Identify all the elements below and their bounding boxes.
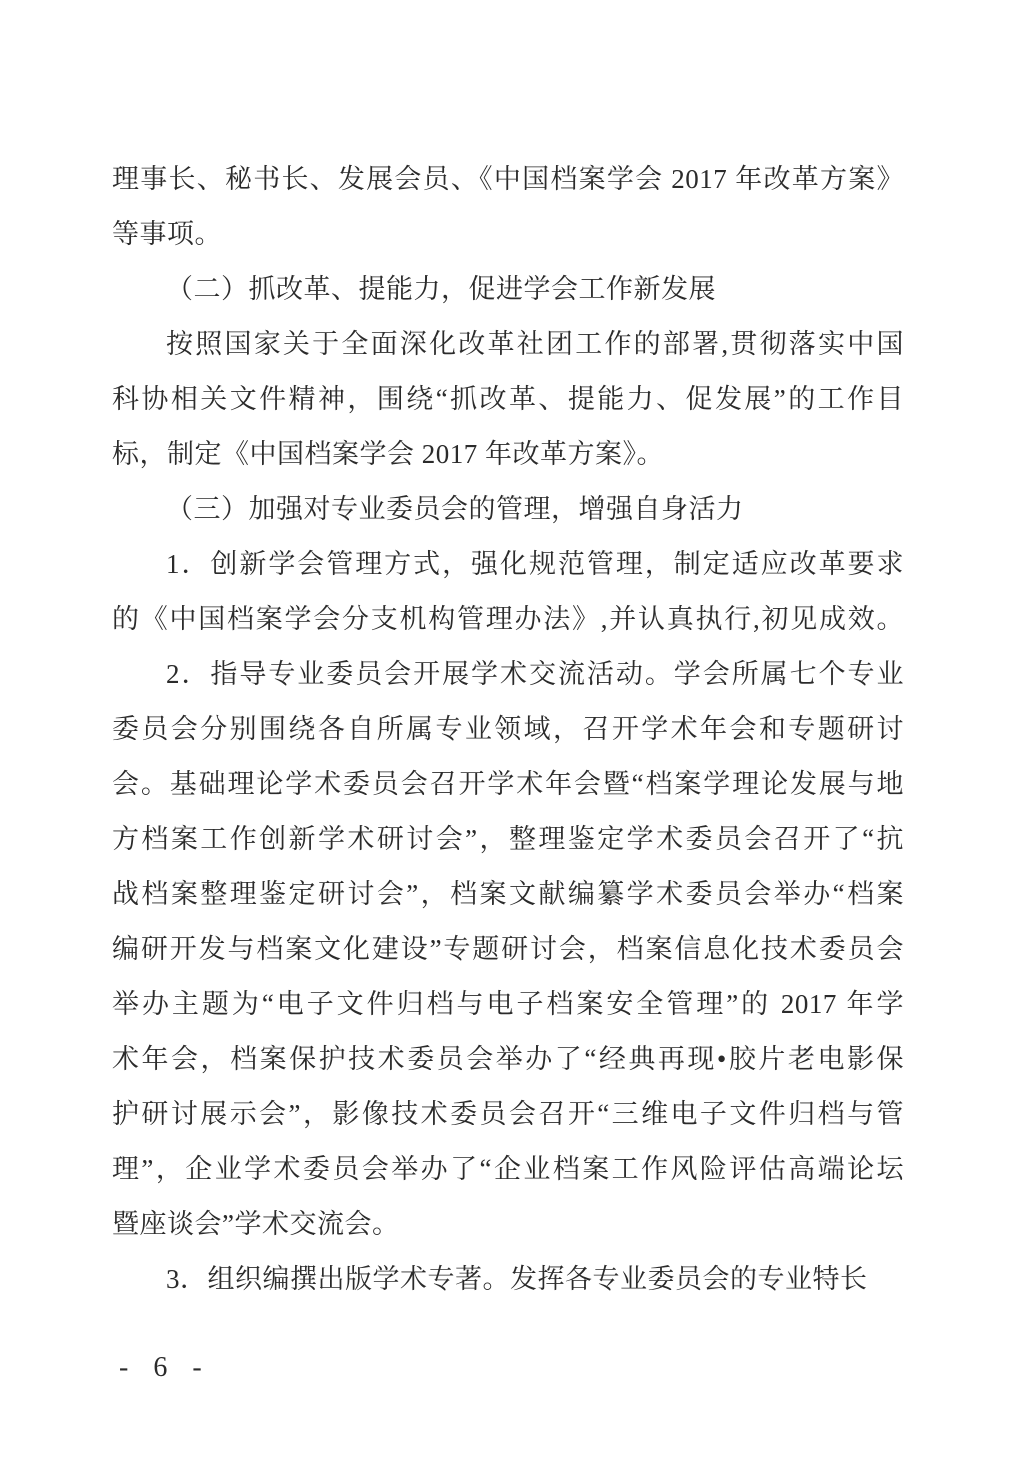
text-line: 暨座谈会”学术交流会。 — [112, 1197, 904, 1252]
page-number: - 6 - — [119, 1340, 211, 1395]
text-line: 的《中国档案学会分支机构管理办法》,并认真执行,初见成效。 — [112, 592, 904, 647]
text-line: 3．组织编撰出版学术专著。发挥各专业委员会的专业特长 — [112, 1252, 904, 1307]
document-page: 理事长、秘书长、发展会员、《中国档案学会 2017 年改革方案》 等事项。 （二… — [0, 0, 1017, 1470]
text-line: 术年会，档案保护技术委员会举办了“经典再现•胶片老电影保 — [112, 1032, 904, 1087]
text-line: 标，制定《中国档案学会 2017 年改革方案》。 — [112, 427, 904, 482]
text-line: 2．指导专业委员会开展学术交流活动。学会所属七个专业 — [112, 647, 904, 702]
text-line: 方档案工作创新学术研讨会”，整理鉴定学术委员会召开了“抗 — [112, 812, 904, 867]
section-heading: （三）加强对专业委员会的管理，增强自身活力 — [112, 482, 904, 537]
text-line: 科协相关文件精神，围绕“抓改革、提能力、促发展”的工作目 — [112, 372, 904, 427]
section-heading: （二）抓改革、提能力，促进学会工作新发展 — [112, 262, 904, 317]
text-line: 战档案整理鉴定研讨会”，档案文献编纂学术委员会举办“档案 — [112, 867, 904, 922]
text-block: 理事长、秘书长、发展会员、《中国档案学会 2017 年改革方案》 等事项。 （二… — [112, 152, 904, 1307]
text-line: 编研开发与档案文化建设”专题研讨会，档案信息化技术委员会 — [112, 922, 904, 977]
text-line: 1．创新学会管理方式，强化规范管理，制定适应改革要求 — [112, 537, 904, 592]
text-line: 理”，企业学术委员会举办了“企业档案工作风险评估高端论坛 — [112, 1142, 904, 1197]
text-line: 会。基础理论学术委员会召开学术年会暨“档案学理论发展与地 — [112, 757, 904, 812]
text-line: 等事项。 — [112, 207, 904, 262]
text-line: 委员会分别围绕各自所属专业领域，召开学术年会和专题研讨 — [112, 702, 904, 757]
text-line: 举办主题为“电子文件归档与电子档案安全管理”的 2017 年学 — [112, 977, 904, 1032]
scanned-document-screenshot: { "colors": { "paper": "#ffffff", "ink":… — [0, 0, 1017, 1470]
text-line: 按照国家关于全面深化改革社团工作的部署,贯彻落实中国 — [112, 317, 904, 372]
text-line: 理事长、秘书长、发展会员、《中国档案学会 2017 年改革方案》 — [112, 152, 904, 207]
text-line: 护研讨展示会”，影像技术委员会召开“三维电子文件归档与管 — [112, 1087, 904, 1142]
